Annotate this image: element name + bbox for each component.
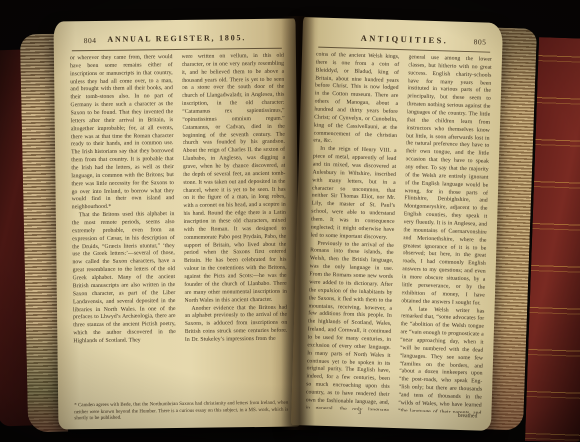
paragraph: A late Welsh writer has remarked that, “…	[398, 306, 485, 414]
left-page-number: 804	[84, 36, 97, 45]
book-photo: 804 ANNUAL REGISTER, 1805. or wherever t…	[0, 0, 580, 442]
left-page-columns: or wherever they came from, there would …	[70, 53, 288, 399]
paragraph: were written on vellum, in this old char…	[181, 53, 287, 306]
left-running-title: ANNUAL REGISTER, 1805.	[70, 33, 284, 45]
paragraph: Previously to the arrival of the Romans …	[305, 240, 393, 411]
right-page-column-1: coins of the ancient Welsh kings, there …	[305, 52, 399, 411]
signature-mark: 3	[358, 410, 361, 416]
paragraph: general use among the lower classes, but…	[401, 54, 492, 308]
left-page-column-2: were written on vellum, in this old char…	[181, 53, 288, 397]
paragraph: or wherever they came from, there would …	[70, 54, 174, 212]
left-head-rule	[72, 48, 282, 52]
right-page-number: 805	[474, 37, 487, 46]
paragraph: That the Britons used this alphabet in t…	[72, 211, 176, 346]
right-page-columns: coins of the ancient Welsh kings, there …	[305, 52, 492, 414]
right-running-title: ANTIQUITIES.	[316, 32, 492, 47]
left-page-footnote: * Camden agrees with Bede, that the Nort…	[74, 399, 288, 423]
paragraph: In the reign of Henry VIII. a piece of m…	[310, 146, 396, 243]
catchword: breathed	[458, 413, 478, 420]
paragraph: coins of the ancient Welsh kings, there …	[313, 52, 399, 149]
left-page: 804 ANNUAL REGISTER, 1805. or wherever t…	[54, 19, 301, 430]
paragraph: Another evidence that the Britons had an…	[184, 304, 287, 345]
right-page: ANTIQUITIES. 805 coins of the ancient We…	[291, 17, 503, 431]
right-page-column-2: general use among the lower classes, but…	[398, 54, 492, 413]
left-page-column-1: or wherever they came from, there would …	[70, 54, 177, 398]
left-running-head: 804 ANNUAL REGISTER, 1805.	[70, 33, 284, 49]
